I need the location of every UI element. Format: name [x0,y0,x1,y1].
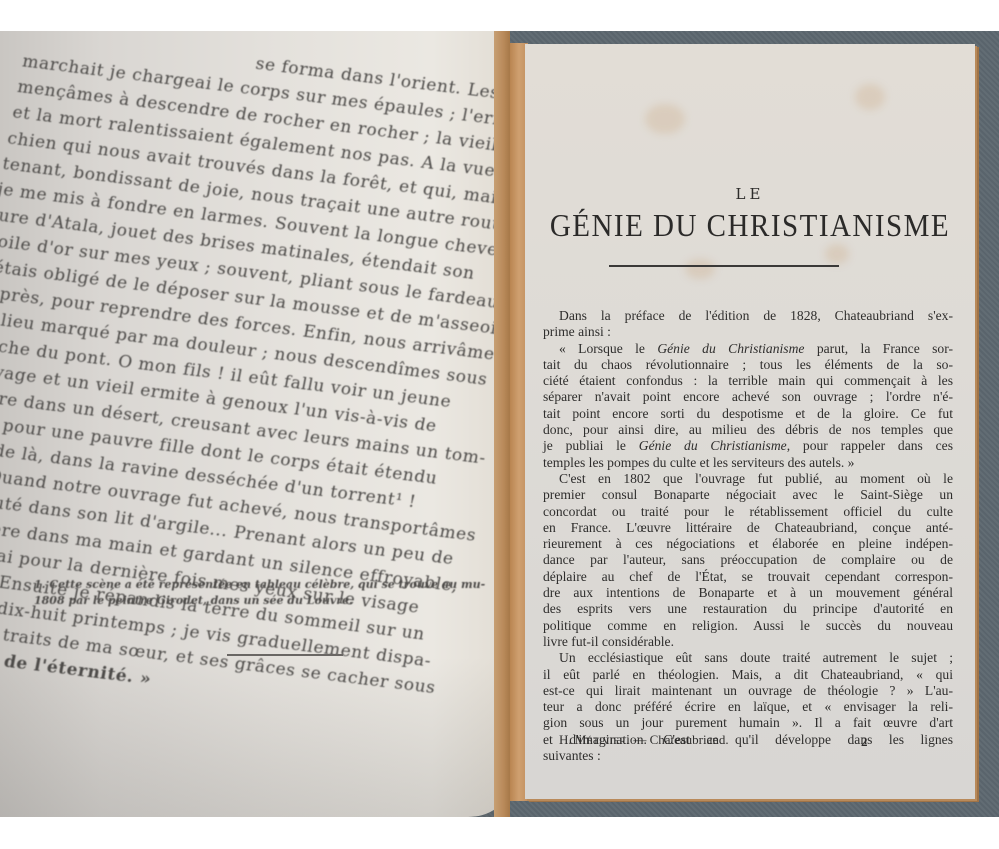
text-line: C'est en 1802 que l'ouvrage fut publié, … [543,471,953,487]
text-line: tait point encore sorti du despotisme et… [543,406,953,422]
italic-title: Génie du Christianisme [657,341,804,356]
foxing-stain [685,259,715,279]
text-line: séparer n'avait point encore achevé son … [543,389,953,405]
foxing-stain [855,84,885,110]
text-line: dre aux intentions de Bonaparte et à un … [543,585,953,601]
right-page-recto: LE GÉNIE DU CHRISTIANISME Dans la préfac… [525,44,975,799]
title-rule [609,265,839,267]
text-line: concordat ou traité pour le rétablisseme… [543,504,953,520]
text-line: suivantes : [543,748,953,764]
text-line: il eût parlé en théologien. Mais, a dit … [543,667,953,683]
text-line: des esprits vers une restauration du pri… [543,601,953,617]
text-run: parut, la France sor- [804,341,953,356]
text-line: Dans la préface de l'édition de 1828, Ch… [543,308,953,324]
text-line: déplaire au chef de l'État, se trouvait … [543,569,953,585]
left-page-text: se forma dans l'orient. Les marchait je … [0,31,506,721]
signature-footer: H. Métivier. — Chateaubriand. [559,732,939,748]
end-rule [227,654,343,656]
text-line: en France. L'œuvre littéraire de Chateau… [543,520,953,536]
text-line: Un ecclésiastique eût sans doute traité … [543,650,953,666]
text-line: ciété étaient confondus : la terrible ma… [543,373,953,389]
body-text: Dans la préface de l'édition de 1828, Ch… [543,308,953,764]
italic-title: Génie du Christianisme [639,438,787,453]
text-line: est-ce qui lirait maintenant un ouvrage … [543,683,953,699]
text-line: teur a donc préféré écrire en laïque, et… [543,699,953,715]
book-photo: se forma dans l'orient. Les marchait je … [0,31,999,817]
signature-number: 2 [861,734,868,750]
text-line: je publiai le Génie du Christianisme, po… [543,438,953,454]
text-line: temples les pompes du culte et les servi… [543,455,953,471]
text-line: politique comme en religion. Aussi le su… [543,618,953,634]
text-line: rieurement à ces négociations et élaboré… [543,536,953,552]
author-name: Métivier. [575,732,630,747]
title-prefix: LE [525,185,975,203]
text-line: donc, pour ainsi dire, au milieu des déb… [543,422,953,438]
author-initial: H. [559,732,572,747]
footnote-line: 1808 par le peintre Girodet, dans un sée… [34,593,454,609]
text-line: prime ainsi : [543,324,953,340]
footnote-line: 1. Cette scène a été représentée en tabl… [34,577,454,593]
text-line: « Lorsque le Génie du Christianisme paru… [543,341,953,357]
text-line: livre fut-il considérable. [543,634,953,650]
text-line: tait du chaos révolutionnaire ; tous les… [543,357,953,373]
text-line: premier consul Bonaparte négociait avec … [543,487,953,503]
foxing-stain [645,104,685,134]
page-edge [494,31,510,817]
foxing-stain [825,244,849,264]
footnote: 1. Cette scène a été représentée en tabl… [34,577,454,609]
text-line: dance par l'auteur, sans préoccupation d… [543,552,953,568]
book-title: Chateaubriand. [650,732,729,747]
text-run: « Lorsque le [559,341,657,356]
text-run: , pour rappeler dans ces [787,438,953,453]
em-dash: — [633,732,646,747]
text-line: gion sous un jour purement humain ». Il … [543,715,953,731]
text-run: je publiai le [543,438,639,453]
page-title: GÉNIE DU CHRISTIANISME [525,208,975,244]
left-page-verso: se forma dans l'orient. Les marchait je … [0,31,508,817]
